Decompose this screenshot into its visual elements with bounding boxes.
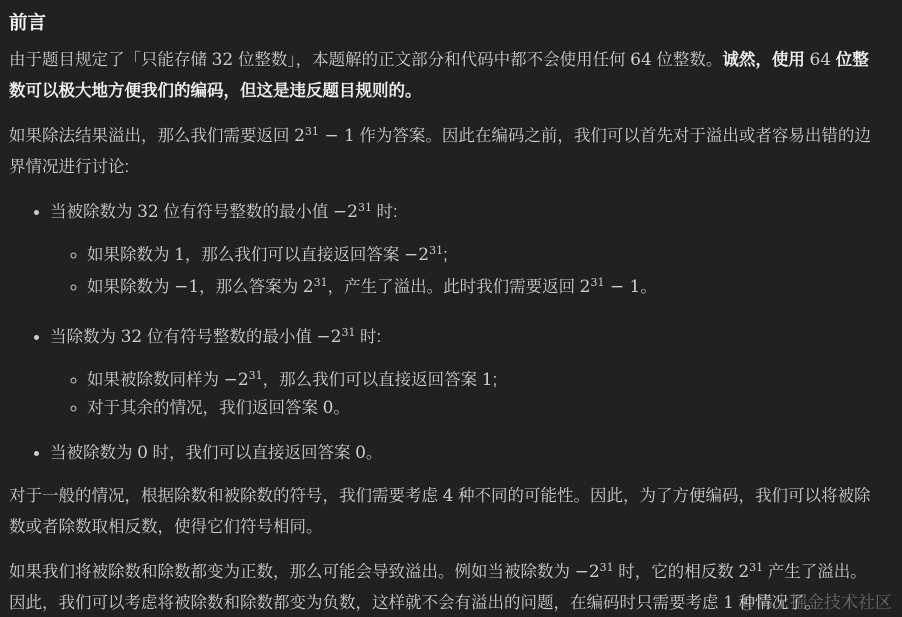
text-run: 当被除数为 [50,444,137,462]
article-body: 由于题目规定了「只能存储 32 位整数」，本题解的正文部分和代码中都不会使用任何… [9,45,882,617]
text-run: 如果我们将被除数和除数都变为正数，那么可能会导致溢出。例如当被除数为 [9,563,575,581]
text-run: 对于其余的情况，我们返回答案 [87,399,323,417]
math-inline: −2 [316,327,341,347]
text-run: 。 [640,278,657,296]
text-run: 当被除数为 [50,203,137,221]
watermark: @稀土掘金技术社区 [739,588,892,613]
page-title: 前言 [9,13,882,33]
math-superscript: 31 [314,276,328,289]
math-inline: 32 [212,50,234,70]
math-superscript: 31 [358,201,372,214]
text-run: 时，我们可以直接返回答案 [148,444,355,462]
text-run: ，那么答案为 [199,278,303,296]
text-run: 如果除数为 [87,278,174,296]
math-inline: 1 [723,593,734,613]
math-inline: 0 [137,443,148,463]
math-inline: 2 [294,126,305,146]
math-inline: − 1 [319,126,355,146]
text-run: 位整数」，本题解的正文部分和代码中都不会使用任何 [233,51,630,69]
math-inline: 32 [137,202,159,222]
math-superscript: 31 [749,561,763,574]
math-inline: 1 [482,370,493,390]
text-run: 对于一般的情况，根据除数和被除数的符号，我们需要考虑 [9,487,443,505]
math-inline: 32 [121,327,143,347]
math-inline: 64 [630,50,652,70]
text-run: 位整数。 [652,51,723,69]
math-inline: −2 [575,562,600,582]
math-superscript: 31 [305,125,319,138]
text-run: 时: [355,328,381,346]
math-superscript: 31 [600,561,614,574]
sub-bullet-list: 如果被除数同样为 −231，那么我们可以直接返回答案 1;对于其余的情况，我们返… [50,362,882,422]
general-case-paragraph: 对于一般的情况，根据除数和被除数的符号，我们需要考虑 4 种不同的可能性。因此，… [9,481,882,543]
math-superscript: 31 [249,369,263,382]
text-run: 。 [333,399,350,417]
math-inline: −2 [333,202,358,222]
list-item: 当被除数为 32 位有符号整数的最小值 −231 时:如果除数为 1，那么我们可… [50,192,882,301]
math-inline: 4 [443,486,454,506]
text-run: 如果除法结果溢出，那么我们需要返回 [9,127,294,145]
sub-list-item: 如果除数为 1，那么我们可以直接返回答案 −231; [87,237,882,269]
text-run: 如果除数为 [87,246,174,264]
list-item: 当除数为 32 位有符号整数的最小值 −231 时:如果被除数同样为 −231，… [50,317,882,422]
text-run: 位有符号整数的最小值 [159,203,333,221]
math-superscript: 31 [341,326,355,339]
math-inline: 1 [174,245,185,265]
text-run: 当除数为 [50,328,121,346]
text-run: ; [443,246,448,264]
math-inline: 0 [323,398,334,418]
sub-list-item: 对于其余的情况，我们返回答案 0。 [87,394,882,422]
math-inline: −1 [174,277,199,297]
intro-paragraph: 由于题目规定了「只能存储 32 位整数」，本题解的正文部分和代码中都不会使用任何… [9,45,882,107]
text-run: ，那么我们可以直接返回答案 [185,246,404,264]
math-inline: 2 [738,562,749,582]
text-run: 时: [372,203,398,221]
text-run: ; [493,371,498,389]
edge-cases-list: 当被除数为 32 位有符号整数的最小值 −231 时:如果除数为 1，那么我们可… [9,192,882,469]
overflow-paragraph: 如果除法结果溢出，那么我们需要返回 231 − 1 作为答案。因此在编码之前，我… [9,116,882,183]
sub-bullet-list: 如果除数为 1，那么我们可以直接返回答案 −231;如果除数为 −1，那么答案为… [50,237,882,301]
math-inline: − 1 [605,277,641,297]
math-inline: −2 [224,370,249,390]
text-run: 如果被除数同样为 [87,371,224,389]
math-inline: 2 [303,277,314,297]
text-run: 由于题目规定了「只能存储 [9,51,212,69]
bold-text-run: 诚然，使用 [722,51,809,69]
text-run: ，那么我们可以直接返回答案 [263,371,482,389]
math-inline: 0 [355,443,366,463]
text-run: 位有符号整数的最小值 [142,328,316,346]
sub-list-item: 如果被除数同样为 −231，那么我们可以直接返回答案 1; [87,362,882,394]
math-superscript: 31 [591,276,605,289]
text-run: 时，它的相反数 [614,563,739,581]
math-superscript: 31 [429,244,443,257]
math-inline: 2 [580,277,591,297]
list-item: 当被除数为 0 时，我们可以直接返回答案 0。 [50,438,882,469]
math-inline: −2 [404,245,429,265]
text-run: ，产生了溢出。此时我们需要返回 [328,278,580,296]
math-inline: 64 [809,50,831,70]
text-run: 。 [366,444,383,462]
solution-article: 前言 由于题目规定了「只能存储 32 位整数」，本题解的正文部分和代码中都不会使… [9,13,882,617]
article-page: { "page": { "background": "#212121", "te… [0,0,902,617]
sub-list-item: 如果除数为 −1，那么答案为 231，产生了溢出。此时我们需要返回 231 − … [87,269,882,301]
